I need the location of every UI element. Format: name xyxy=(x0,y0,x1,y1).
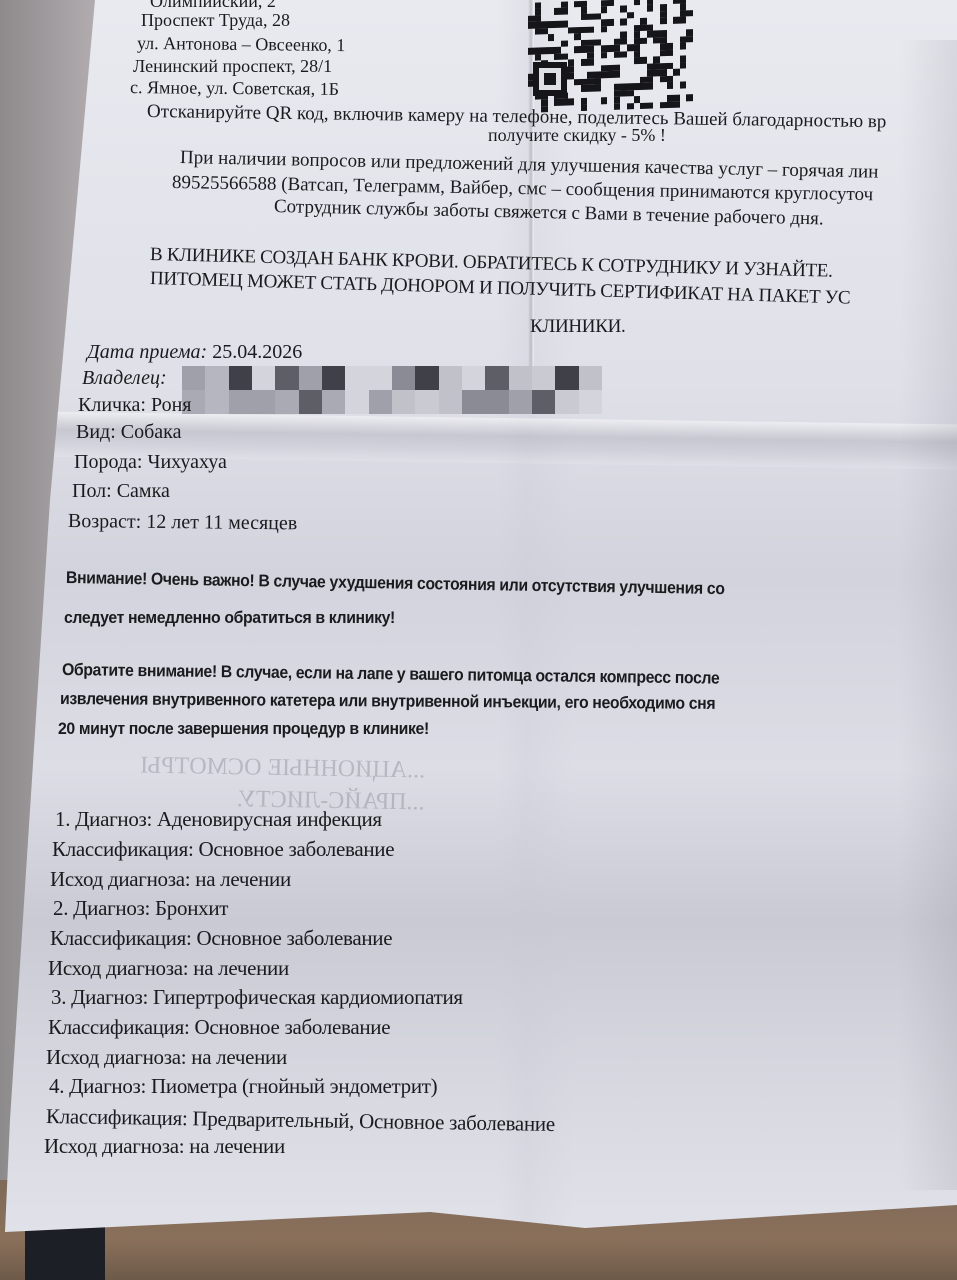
classification-value: Основное заболевание xyxy=(196,926,392,950)
species: Вид: Собака xyxy=(76,421,181,443)
qr-discount: получите скидку - 5% ! xyxy=(488,124,666,146)
diagnosis-number: 1. xyxy=(55,807,70,831)
age-value: 12 лет 11 месяцев xyxy=(146,511,297,535)
owner-redacted xyxy=(182,366,602,414)
sex: Пол: Самка xyxy=(72,480,170,502)
diagnosis-value: Пиометра (гнойный эндометрит) xyxy=(151,1074,437,1098)
diagnosis-label: Диагноз: xyxy=(69,1074,146,1098)
species-label: Вид: xyxy=(76,421,116,443)
visit-date: Дата приема: 25.04.2026 xyxy=(87,341,302,363)
pet-name-label: Кличка: xyxy=(78,394,146,416)
outcome-value: на лечении xyxy=(195,867,291,891)
warning-urgent: Внимание! Очень важно! В случае ухудшени… xyxy=(66,567,725,600)
diagnosis-value: Аденовирусная инфекция xyxy=(157,807,382,831)
classification-value: Основное заболевание xyxy=(198,837,394,861)
diagnosis-classification-line: Классификация: Основное заболевание xyxy=(52,838,394,860)
diagnosis-label: Диагноз: xyxy=(71,985,148,1009)
age: Возраст: 12 лет 11 месяцев xyxy=(68,510,298,534)
diagnosis-outcome-line: Исход диагноза: на лечении xyxy=(50,868,291,890)
clinic-discharge-document: Олимпийский, 2 Проспект Труда, 28 ул. Ан… xyxy=(0,0,957,1280)
outcome-label: Исход диагноза: xyxy=(46,1045,186,1069)
clinic-address: Проспект Труда, 28 xyxy=(141,9,290,31)
diagnosis-value: Гипертрофическая кардиомиопатия xyxy=(153,985,463,1009)
diagnosis-number: 3. xyxy=(51,985,66,1009)
diagnosis-diagnosis-line: 1. Диагноз: Аденовирусная инфекция xyxy=(55,808,382,830)
classification-value: Основное заболевание xyxy=(194,1015,390,1039)
classification-label: Классификация: xyxy=(52,837,194,861)
warning-compress: извлечения внутривенного катетера или вн… xyxy=(60,688,715,715)
diagnosis-number: 4. xyxy=(49,1074,64,1098)
outcome-value: на лечении xyxy=(189,1134,285,1158)
diagnosis-diagnosis-line: 2. Диагноз: Бронхит xyxy=(53,897,228,919)
diagnosis-diagnosis-line: 3. Диагноз: Гипертрофическая кардиомиопа… xyxy=(51,986,463,1008)
diagnosis-diagnosis-line: 4. Диагноз: Пиометра (гнойный эндометрит… xyxy=(49,1075,437,1097)
diagnosis-label: Диагноз: xyxy=(73,896,150,920)
diagnosis-label: Диагноз: xyxy=(75,807,152,831)
visit-date-value: 25.04.2026 xyxy=(212,341,302,363)
outcome-value: на лечении xyxy=(193,956,289,980)
warning-urgent: следует немедленно обратиться в клинику! xyxy=(64,607,395,629)
outcome-value: на лечении xyxy=(191,1045,287,1069)
sex-value: Самка xyxy=(117,480,170,502)
classification-value: Предварительный, Основное заболевание xyxy=(192,1106,555,1136)
breed-label: Порода: xyxy=(74,451,142,473)
diagnosis-outcome-line: Исход диагноза: на лечении xyxy=(46,1046,287,1068)
diagnosis-number: 2. xyxy=(53,896,68,920)
visit-date-label: Дата приема: xyxy=(87,341,207,363)
diagnosis-classification-line: Классификация: Основное заболевание xyxy=(50,927,392,949)
diagnosis-outcome-line: Исход диагноза: на лечении xyxy=(44,1135,285,1157)
diagnosis-classification-line: Классификация: Предварительный, Основное… xyxy=(46,1105,555,1135)
outcome-label: Исход диагноза: xyxy=(50,867,190,891)
age-label: Возраст: xyxy=(68,510,142,533)
qr-finder-pattern xyxy=(533,62,567,96)
clinic-address: с. Ямное, ул. Советская, 1Б xyxy=(130,76,339,100)
blood-bank-notice: КЛИНИКИ. xyxy=(530,316,625,338)
warning-compress: Обратите внимание! В случае, если на лап… xyxy=(62,659,720,690)
owner-label: Владелец: xyxy=(82,367,167,389)
outcome-label: Исход диагноза: xyxy=(48,956,188,980)
diagnosis-value: Бронхит xyxy=(155,896,228,920)
species-value: Собака xyxy=(121,421,182,443)
breed: Порода: Чихуахуа xyxy=(74,451,227,473)
classification-label: Классификация: xyxy=(46,1104,188,1130)
warning-compress: 20 минут после завершения процедур в кли… xyxy=(58,718,429,740)
classification-label: Классификация: xyxy=(50,926,192,950)
pet-name-value: Роня xyxy=(151,394,192,416)
classification-label: Классификация: xyxy=(48,1015,190,1039)
sex-label: Пол: xyxy=(72,480,112,502)
outcome-label: Исход диагноза: xyxy=(44,1134,184,1158)
pet-name: Кличка: Роня xyxy=(78,394,191,416)
clinic-address: ул. Антонова – Овсеенко, 1 xyxy=(137,32,346,56)
diagnosis-outcome-line: Исход диагноза: на лечении xyxy=(48,957,289,979)
diagnosis-classification-line: Классификация: Основное заболевание xyxy=(48,1016,390,1038)
breed-value: Чихуахуа xyxy=(147,451,226,473)
paper-shadow xyxy=(900,40,957,1190)
clinic-address: Ленинский проспект, 28/1 xyxy=(133,55,332,77)
